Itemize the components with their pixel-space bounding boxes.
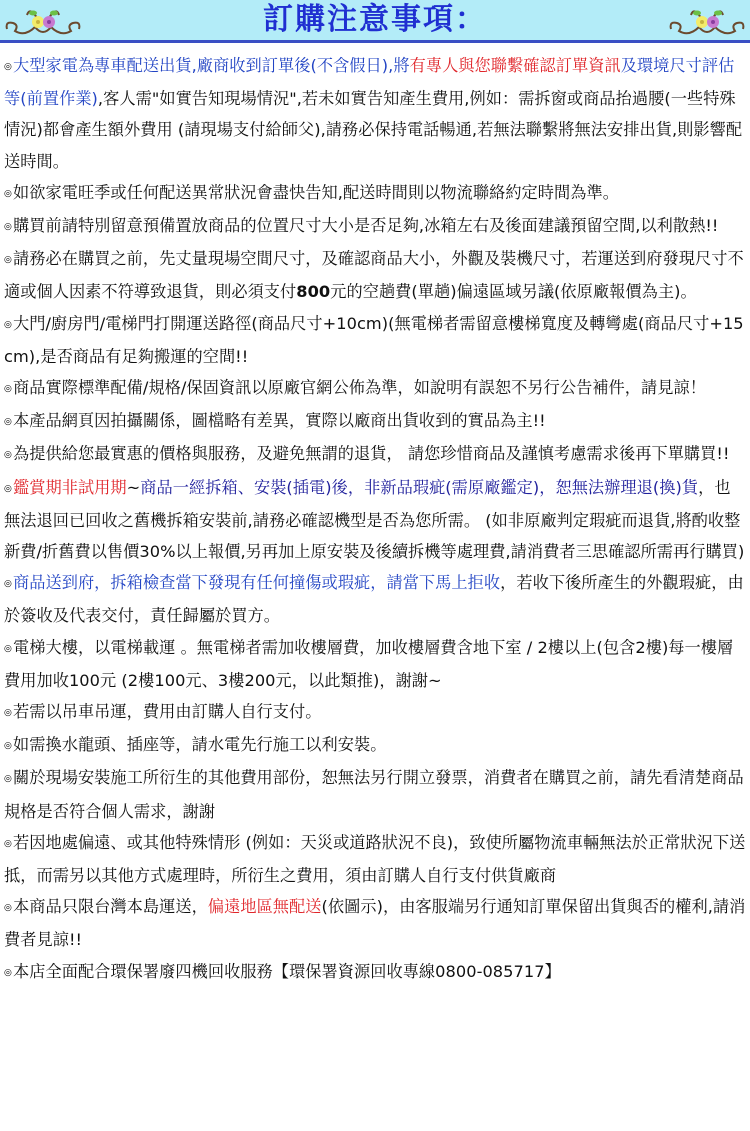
notice-text-segment: ~: [127, 478, 141, 497]
notice-item: ◎鑑賞期非試用期~商品一經拆箱、安裝(插電)後，非新品瑕疵(需原廠鑑定)，恕無法…: [4, 472, 746, 568]
notice-text-segment: 元的空趟費(單趟)偏遠區域另議(依原廠報價為主)。: [330, 282, 696, 301]
notice-item: ◎本產品網頁因拍攝關係，圖檔略有差異，實際以廠商出貨收到的實品為主!!: [4, 405, 746, 438]
notice-text-segment: 大門/廚房門/電梯門打開運送路徑(商品尺寸+10cm)(無電梯者需留意樓梯寬度及…: [4, 314, 744, 366]
notice-text-segment: 購買前請特別留意預備置放商品的位置尺寸大小是否足夠,冰箱左右及後面建議預留空間,…: [13, 216, 718, 235]
bullet-icon: ◎: [4, 698, 13, 729]
notice-text-segment: 商品送到府，拆箱檢查當下發現有任何撞傷或瑕疵，請當下馬上拒收: [13, 573, 500, 592]
bullet-icon: ◎: [4, 310, 13, 341]
bullet-icon: ◎: [4, 474, 13, 505]
notice-item: ◎大門/廚房門/電梯門打開運送路徑(商品尺寸+10cm)(無電梯者需留意樓梯寬度…: [4, 308, 746, 372]
notice-text-segment: 800: [296, 282, 330, 301]
notice-text-segment: 電梯大樓，以電梯載運 。無電梯者需加收樓層費，加收樓層費含地下室 / 2樓以上(…: [4, 638, 733, 690]
notice-text-segment: 關於現場安裝施工所衍生的其他費用部份，恕無法另行開立發票，消費者在購買之前，請先…: [4, 768, 744, 820]
notice-item: ◎若需以吊車吊運，費用由訂購人自行支付。: [4, 696, 746, 729]
notice-item: ◎關於現場安裝施工所衍生的其他費用部份，恕無法另行開立發票，消費者在購買之前，請…: [4, 762, 746, 826]
notice-item: ◎如需換水龍頭、插座等，請水電先行施工以利安裝。: [4, 729, 746, 762]
bullet-icon: ◎: [4, 179, 13, 210]
notice-text-segment: 本產品網頁因拍攝關係，圖檔略有差異，實際以廠商出貨收到的實品為主!!: [13, 411, 546, 430]
notice-text-segment: 商品一經拆箱、安裝(插電)後，非新品瑕疵(需原廠鑑定)，恕無法辦理退(換)貨: [140, 478, 698, 497]
notice-item: ◎為提供給您最實惠的價格與服務，及避免無謂的退貨， 請您珍惜商品及謹慎考慮需求後…: [4, 438, 746, 471]
notice-text-segment: 本店全面配合環保署廢四機回收服務【環保署資源回收專線0800-085717】: [13, 962, 561, 981]
bullet-icon: ◎: [4, 212, 13, 243]
notice-item: ◎商品實際標準配備/規格/保固資訊以原廠官網公佈為準，如說明有誤恕不另行公告補件…: [4, 372, 746, 405]
notice-item: ◎請務必在購買之前，先丈量現場空間尺寸，及確認商品大小，外觀及裝機尺寸，若運送到…: [4, 243, 746, 307]
notice-item: ◎本商品只限台灣本島運送，偏遠地區無配送(依圖示)，由客服端另行通知訂單保留出貨…: [4, 891, 746, 955]
bullet-icon: ◎: [4, 829, 13, 860]
notice-item: ◎如欲家電旺季或任何配送異常狀況會盡快告知,配送時間則以物流聯絡約定時間為準。: [4, 177, 746, 210]
notice-text-segment: 如需換水龍頭、插座等，請水電先行施工以利安裝。: [13, 735, 386, 754]
notice-text-segment: 若因地處偏遠、或其他特殊情形 (例如：天災或道路狀況不良)，致使所屬物流車輛無法…: [4, 833, 745, 885]
bullet-icon: ◎: [4, 634, 13, 665]
notice-item: ◎若因地處偏遠、或其他特殊情形 (例如：天災或道路狀況不良)，致使所屬物流車輛無…: [4, 827, 746, 891]
notice-item: ◎商品送到府，拆箱檢查當下發現有任何撞傷或瑕疵，請當下馬上拒收，若收下後所產生的…: [4, 567, 746, 631]
page-title: 訂購注意事項：: [0, 0, 750, 40]
notice-text-segment: 大型家電為專車配送出貨,廠商收到訂單後(不含假日),將: [13, 56, 410, 75]
bullet-icon: ◎: [4, 893, 13, 924]
notice-text-segment: 若需以吊車吊運，費用由訂購人自行支付。: [13, 702, 322, 721]
bullet-icon: ◎: [4, 52, 13, 83]
bullet-icon: ◎: [4, 245, 13, 276]
notice-text-segment: 為提供給您最實惠的價格與服務，及避免無謂的退貨， 請您珍惜商品及謹慎考慮需求後再…: [13, 444, 729, 463]
notice-text-segment: 偏遠地區無配送: [208, 897, 322, 916]
bullet-icon: ◎: [4, 958, 13, 989]
notice-item: ◎本店全面配合環保署廢四機回收服務【環保署資源回收專線0800-085717】: [4, 956, 746, 989]
bullet-icon: ◎: [4, 731, 13, 762]
header-banner: 訂購注意事項：: [0, 0, 750, 40]
notice-list: ◎大型家電為專車配送出貨,廠商收到訂單後(不含假日),將有專人與您聯繫確認訂單資…: [4, 50, 746, 989]
notice-text-segment: 鑑賞期非試用期: [13, 478, 127, 497]
bullet-icon: ◎: [4, 374, 13, 405]
notice-text-segment: 如欲家電旺季或任何配送異常狀況會盡快告知,配送時間則以物流聯絡約定時間為準。: [13, 183, 619, 202]
bullet-icon: ◎: [4, 764, 13, 795]
notice-text-segment: 商品實際標準配備/規格/保固資訊以原廠官網公佈為準，如說明有誤恕不另行公告補件，…: [13, 378, 706, 397]
notice-text-segment: ,客人需"如實告知現場情況",若未如實告知產生費用,例如：需拆窗或商品抬過腰(一…: [4, 89, 742, 170]
bullet-icon: ◎: [4, 407, 13, 438]
notice-text-segment: 有專人與您聯繫確認訂單資訊: [410, 56, 621, 75]
bullet-icon: ◎: [4, 569, 13, 600]
notice-item: ◎電梯大樓，以電梯載運 。無電梯者需加收樓層費，加收樓層費含地下室 / 2樓以上…: [4, 632, 746, 696]
bullet-icon: ◎: [4, 440, 13, 471]
header-divider: [0, 40, 750, 43]
floral-ornament-icon: [667, 3, 747, 37]
notice-item: ◎大型家電為專車配送出貨,廠商收到訂單後(不含假日),將有專人與您聯繫確認訂單資…: [4, 50, 746, 177]
notice-text-segment: 本商品只限台灣本島運送，: [13, 897, 208, 916]
notice-item: ◎購買前請特別留意預備置放商品的位置尺寸大小是否足夠,冰箱左右及後面建議預留空間…: [4, 210, 746, 243]
